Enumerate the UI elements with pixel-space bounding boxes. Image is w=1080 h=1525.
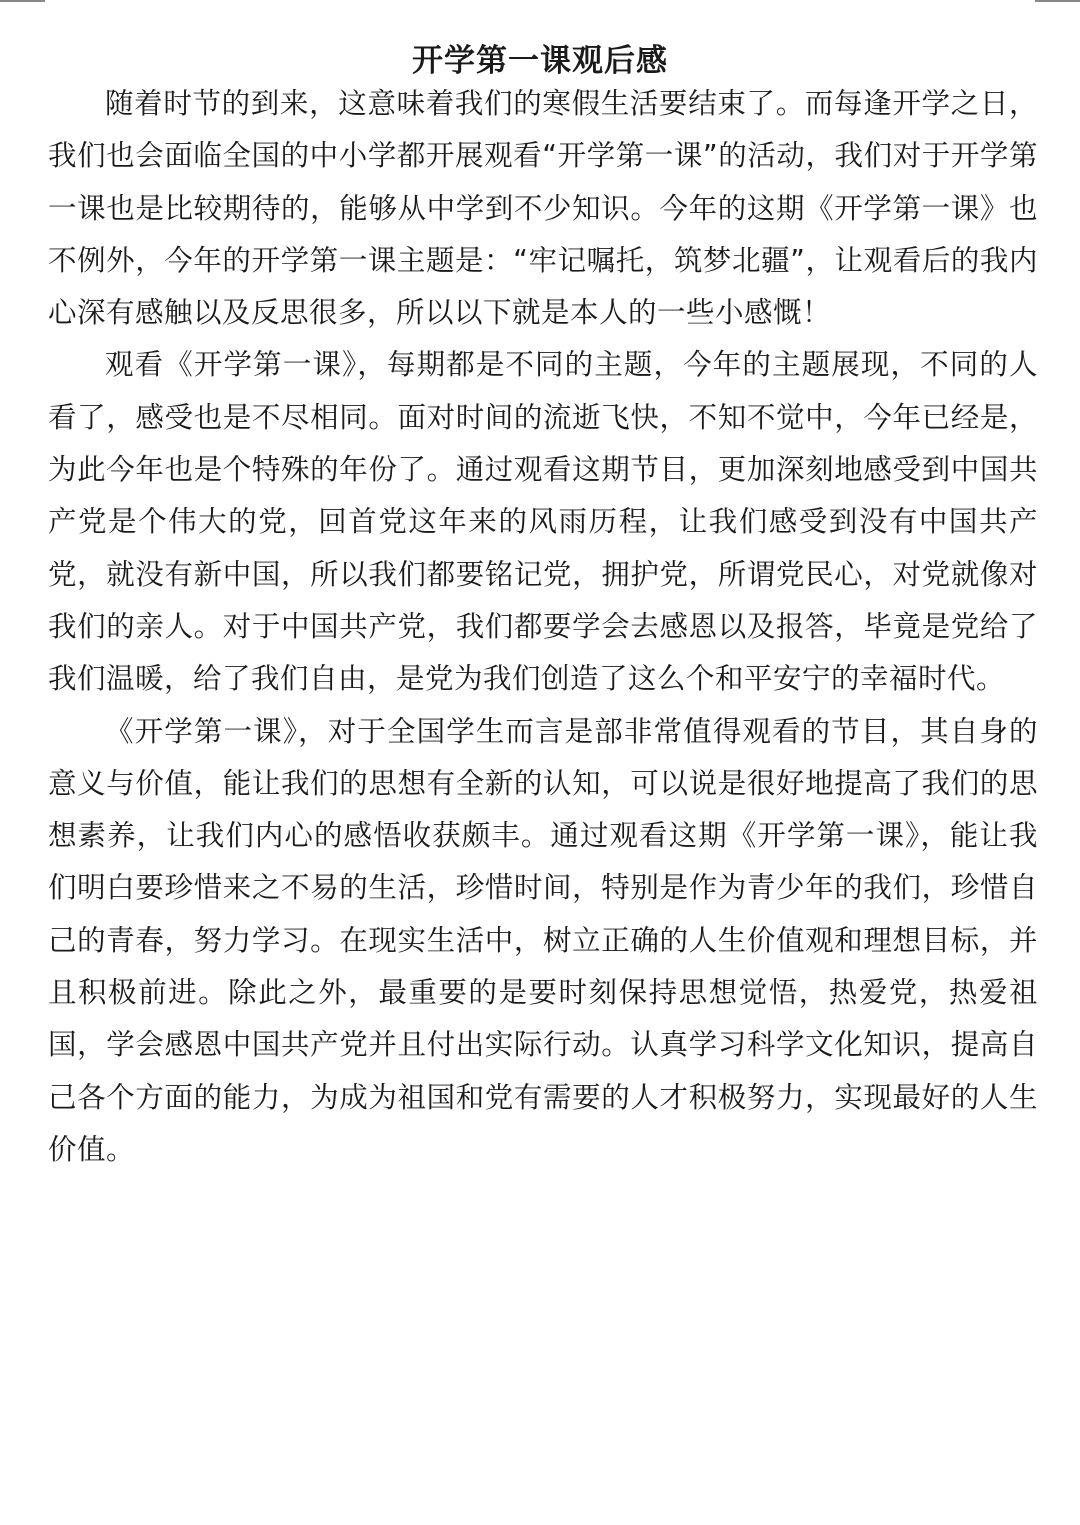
- paragraph-1: 随着时节的到来，这意味着我们的寒假生活要结束了。而每逢开学之日，我们也会面临全国…: [48, 78, 1038, 339]
- paragraph-3: 《开学第一课》，对于全国学生而言是部非常值得观看的节目，其自身的意义与价值，能让…: [48, 706, 1038, 1177]
- paragraph-2: 观看《开学第一课》，每期都是不同的主题，今年的主题展现，不同的人看了，感受也是不…: [48, 339, 1038, 705]
- document-title: 开学第一课观后感: [0, 39, 1080, 83]
- corner-mark-left: [0, 0, 45, 2]
- corner-mark-right: [1035, 0, 1080, 2]
- document-body: 随着时节的到来，这意味着我们的寒假生活要结束了。而每逢开学之日，我们也会面临全国…: [48, 78, 1038, 1176]
